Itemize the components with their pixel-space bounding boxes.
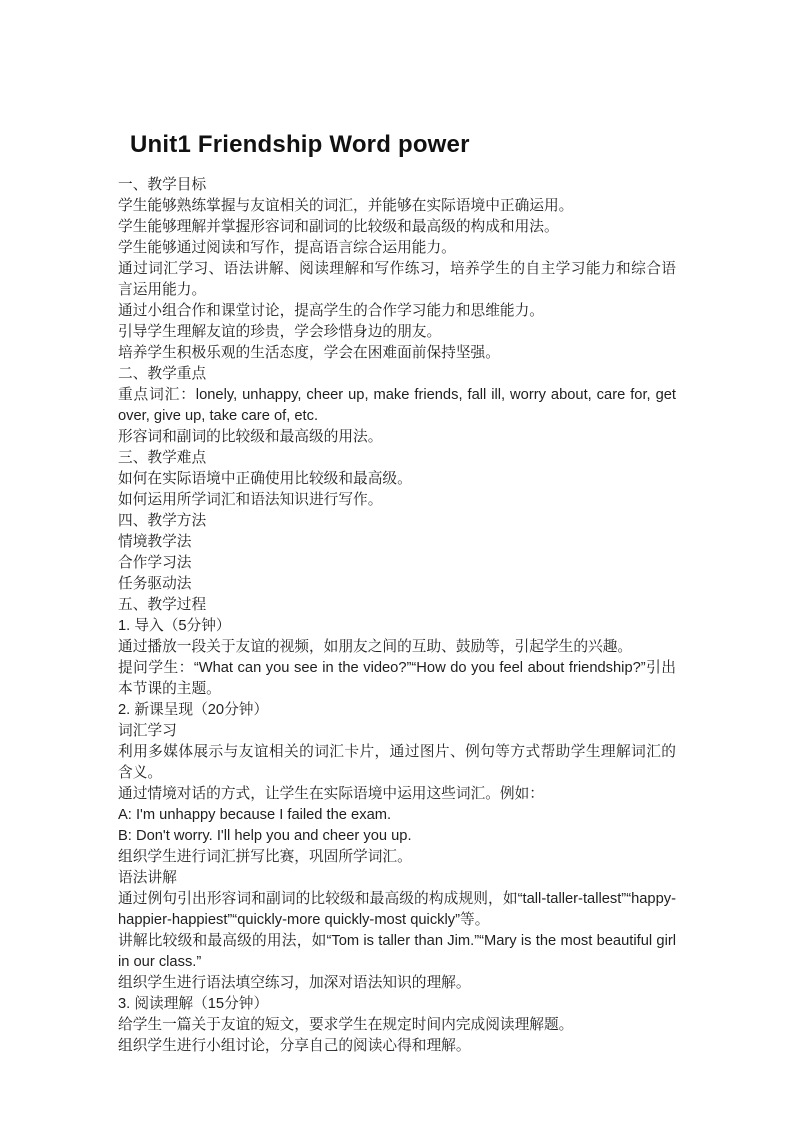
paragraph: 四、教学方法: [118, 511, 676, 532]
paragraph: 重点词汇：lonely, unhappy, cheer up, make fri…: [118, 385, 676, 427]
paragraph: 学生能够理解并掌握形容词和副词的比较级和最高级的构成和用法。: [118, 217, 676, 238]
paragraph: 五、教学过程: [118, 595, 676, 616]
paragraph: 词汇学习: [118, 721, 676, 742]
paragraph: 通过词汇学习、语法讲解、阅读理解和写作练习，培养学生的自主学习能力和综合语言运用…: [118, 259, 676, 301]
paragraph: 通过例句引出形容词和副词的比较级和最高级的构成规则，如“tall-taller-…: [118, 889, 676, 931]
paragraph: 语法讲解: [118, 868, 676, 889]
paragraph: B: Don't worry. I'll help you and cheer …: [118, 826, 676, 847]
document-title: Unit1 Friendship Word power: [130, 131, 676, 158]
document-body: 一、教学目标学生能够熟练掌握与友谊相关的词汇，并能够在实际语境中正确运用。学生能…: [118, 175, 676, 1057]
paragraph: 给学生一篇关于友谊的短文，要求学生在规定时间内完成阅读理解题。: [118, 1015, 676, 1036]
paragraph: 三、教学难点: [118, 448, 676, 469]
paragraph: 任务驱动法: [118, 574, 676, 595]
paragraph: 如何在实际语境中正确使用比较级和最高级。: [118, 469, 676, 490]
paragraph: 形容词和副词的比较级和最高级的用法。: [118, 427, 676, 448]
paragraph: 1. 导入（5分钟）: [118, 616, 676, 637]
paragraph: 培养学生积极乐观的生活态度，学会在困难面前保持坚强。: [118, 343, 676, 364]
paragraph: 一、教学目标: [118, 175, 676, 196]
paragraph: 组织学生进行语法填空练习，加深对语法知识的理解。: [118, 973, 676, 994]
document-page: Unit1 Friendship Word power 一、教学目标学生能够熟练…: [0, 0, 794, 1123]
paragraph: 引导学生理解友谊的珍贵，学会珍惜身边的朋友。: [118, 322, 676, 343]
paragraph: 2. 新课呈现（20分钟）: [118, 700, 676, 721]
paragraph: 二、教学重点: [118, 364, 676, 385]
paragraph: 利用多媒体展示与友谊相关的词汇卡片，通过图片、例句等方式帮助学生理解词汇的含义。: [118, 742, 676, 784]
paragraph: 学生能够熟练掌握与友谊相关的词汇，并能够在实际语境中正确运用。: [118, 196, 676, 217]
paragraph: 情境教学法: [118, 532, 676, 553]
paragraph: 通过情境对话的方式，让学生在实际语境中运用这些词汇。例如：: [118, 784, 676, 805]
paragraph: A: I'm unhappy because I failed the exam…: [118, 805, 676, 826]
paragraph: 组织学生进行词汇拼写比赛，巩固所学词汇。: [118, 847, 676, 868]
paragraph: 讲解比较级和最高级的用法，如“Tom is taller than Jim.”“…: [118, 931, 676, 973]
paragraph: 通过小组合作和课堂讨论，提高学生的合作学习能力和思维能力。: [118, 301, 676, 322]
paragraph: 通过播放一段关于友谊的视频，如朋友之间的互助、鼓励等，引起学生的兴趣。: [118, 637, 676, 658]
paragraph: 学生能够通过阅读和写作，提高语言综合运用能力。: [118, 238, 676, 259]
paragraph: 3. 阅读理解（15分钟）: [118, 994, 676, 1015]
paragraph: 提问学生：“What can you see in the video?”“Ho…: [118, 658, 676, 700]
paragraph: 合作学习法: [118, 553, 676, 574]
paragraph: 组织学生进行小组讨论，分享自己的阅读心得和理解。: [118, 1036, 676, 1057]
paragraph: 如何运用所学词汇和语法知识进行写作。: [118, 490, 676, 511]
